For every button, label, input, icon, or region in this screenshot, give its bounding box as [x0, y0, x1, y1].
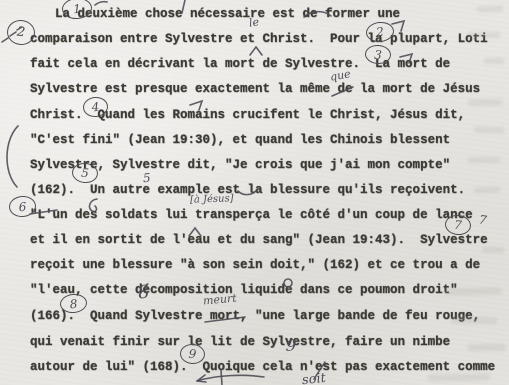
- underline-quoique: [197, 375, 264, 381]
- handwritten-correction-soit: soit: [301, 371, 326, 385]
- circle1-flourish: [95, 2, 107, 5]
- bleedthrough-smudge: [484, 58, 504, 64]
- handwritten-digit-9: 9: [285, 336, 297, 356]
- handwritten-correction-meurt: meurt: [202, 292, 237, 308]
- bleedthrough-smudge: [468, 157, 500, 163]
- bleedthrough-smudge: [482, 247, 504, 253]
- typed-line-9: "L'un des soldats lui transperça le côté…: [30, 209, 473, 222]
- handwritten-digit-5: 5: [143, 171, 152, 185]
- bleedthrough-smudge: [468, 32, 500, 39]
- bleedthrough-smudge: [468, 99, 502, 107]
- bleedthrough-smudge: [428, 373, 490, 381]
- margin-parenthesis-mark: [7, 126, 18, 187]
- underline-quoique-arrowhead: [197, 375, 206, 382]
- typed-line-2: comparaison entre Sylvestre et Christ. P…: [30, 33, 488, 46]
- typed-line-12: "l'eau, cette décomposition liquide dans…: [30, 284, 458, 297]
- typed-line-11: reçoit une blessure "à son sein doit," (…: [30, 259, 480, 272]
- bleedthrough-smudge: [477, 6, 503, 13]
- typed-line-10: et il en sortit de l'eau et du sang" (Je…: [30, 234, 488, 247]
- handwritten-digit-7: 7: [478, 213, 488, 228]
- handwritten-insertion-le: le: [248, 15, 260, 29]
- bleedthrough-smudge: [474, 187, 500, 194]
- typed-line-8: (162). Un autre example est la blessure …: [30, 184, 465, 197]
- handwritten-digit-8: 8: [137, 281, 151, 303]
- typed-line-4: Sylvestre est presque exactement la même…: [30, 83, 480, 96]
- bleedthrough-smudge: [451, 317, 497, 325]
- handwritten-insertion-a-jesus: [à Jésus]: [190, 193, 234, 206]
- typed-line-6: "C'est fini" (Jean 19:30), et quand les …: [30, 134, 450, 147]
- typed-line-13: (166). Quand Sylvestre mort, "une large …: [30, 310, 480, 323]
- bleedthrough-smudge: [445, 288, 501, 296]
- bleedthrough-smudge: [474, 126, 504, 133]
- typed-line-15: autour de lui" (168). Quoique cela n'est…: [30, 361, 495, 374]
- typed-line-1: La deuxième chose nécessaire est de form…: [55, 8, 400, 21]
- caret-et-christ: [250, 47, 262, 55]
- scanned-essay-page: La deuxième chose nécessaire est de form…: [0, 0, 509, 385]
- typed-line-14: qui venait finir sur le lit de Sylvestre…: [30, 336, 450, 349]
- bleedthrough-smudge: [468, 344, 506, 351]
